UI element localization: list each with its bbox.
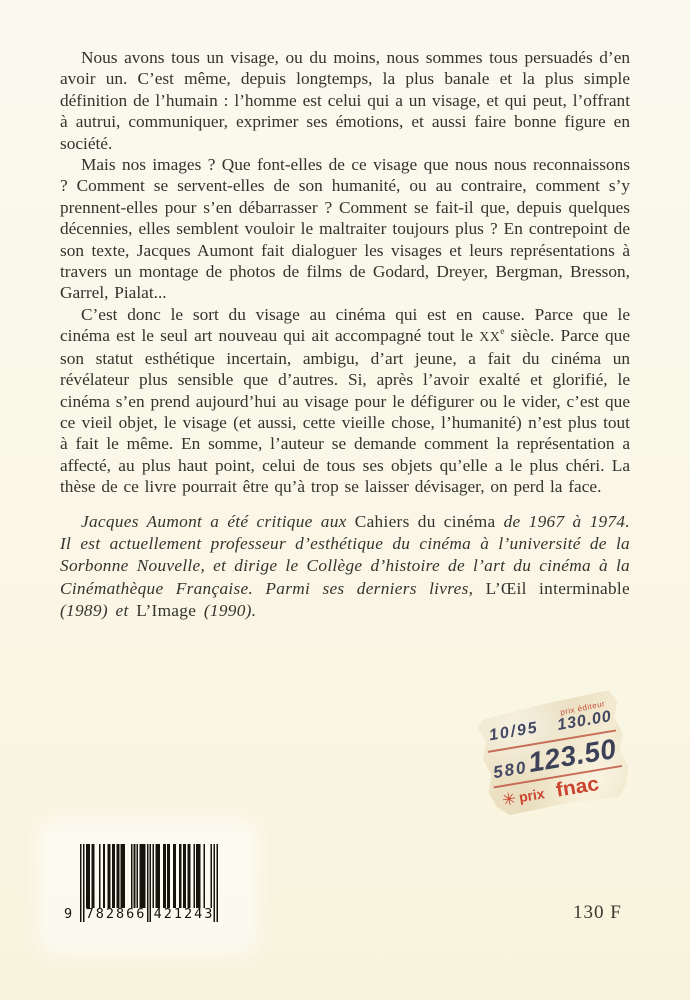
cover-price: 130 F [573, 902, 622, 924]
barcode: 9 782866 421243 [64, 844, 220, 926]
author-note: Jacques Aumont a été critique aux Cahier… [60, 511, 630, 623]
sticker-date: 10/95 [488, 719, 540, 746]
author-note-segment: (1990). [196, 601, 256, 620]
price-sticker: 10/95 prix éditeur 130.00 580 123.50 ✳ p… [475, 689, 633, 818]
barcode-digits: 9 782866 421243 [64, 906, 220, 924]
fnac-star-icon: ✳ [501, 789, 518, 808]
author-note-segment: (1989) et [60, 601, 136, 620]
barcode-digit-group-2: 421243 [153, 906, 215, 922]
century-numeral: xx [479, 329, 500, 344]
barcode-digit-leading: 9 [64, 906, 72, 922]
sticker-editor-price-block: prix éditeur 130.00 [555, 699, 614, 735]
book-title-oeil-interminable: L’Œil interminable [486, 579, 630, 598]
synopsis-paragraph-2: Mais nos images ? Que font-elles de ce v… [60, 154, 630, 304]
synopsis-block: Nous avons tous un visage, ou du moins, … [60, 47, 630, 623]
synopsis-paragraph-1: Nous avons tous un visage, ou du moins, … [60, 47, 630, 154]
book-title-image: L’Image [136, 601, 196, 620]
author-note-segment: Jacques Aumont a été critique aux [81, 512, 355, 531]
book-back-cover: Nous avons tous un visage, ou du moins, … [0, 0, 690, 1000]
journal-title: Cahiers du cinéma [355, 512, 496, 531]
fnac-logo: fnac [554, 773, 600, 803]
synopsis-paragraph-3: C’est donc le sort du visage au cinéma q… [60, 304, 630, 498]
sticker-brand-prefix: prix [518, 785, 546, 805]
paragraph-3-text-after: siècle. Parce que son statut esthétique … [60, 326, 630, 496]
barcode-digit-group-1: 782866 [85, 906, 147, 922]
